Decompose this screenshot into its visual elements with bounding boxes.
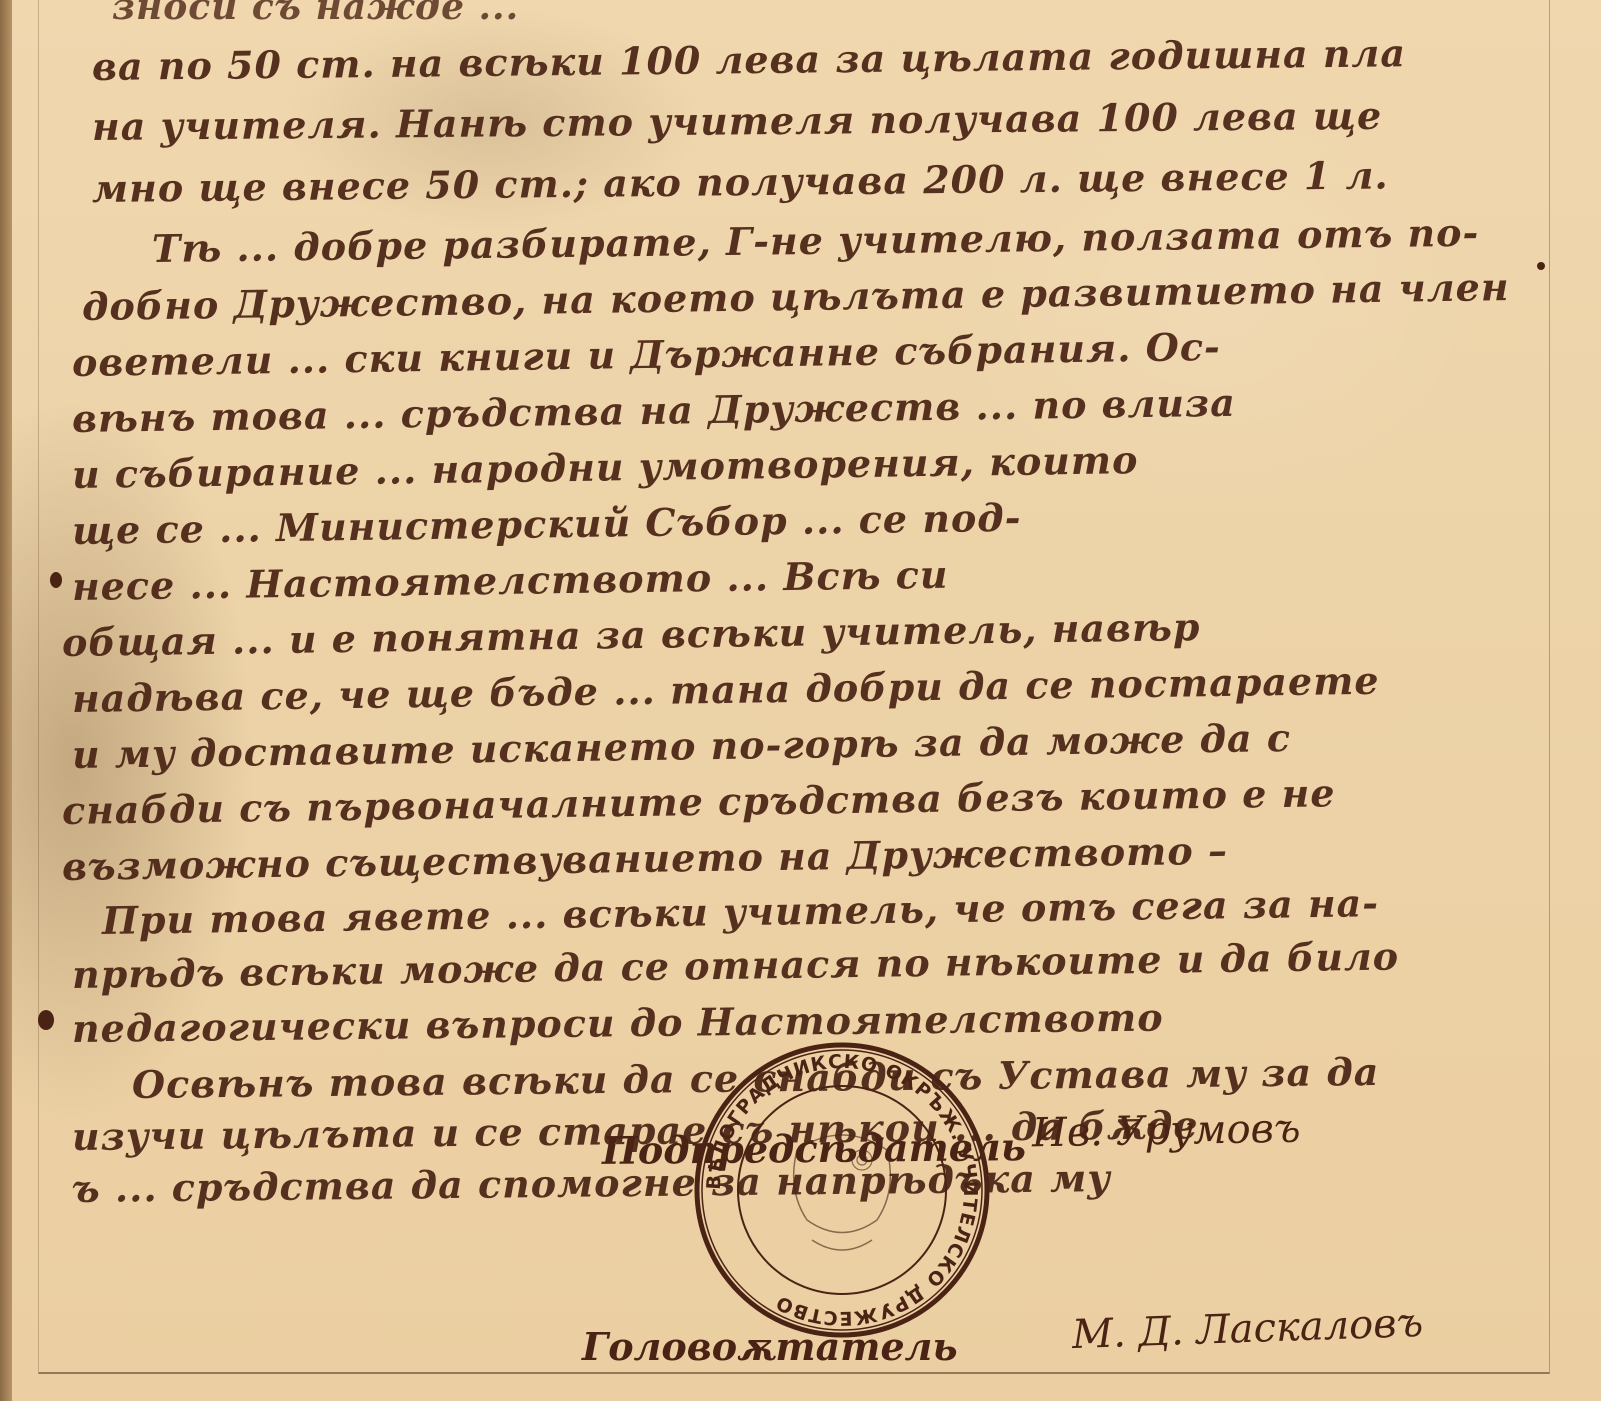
official-stamp: ВѢЛОГРАДЧИКСКО ОКРЪЖ. УЧИТЕЛСКО ДРУЖЕСТВ… [692,1040,992,1340]
letter-line: ва по 50 ст. на всѣки 100 лева за цѣлата… [92,30,1406,89]
photo-edge [0,0,12,1401]
letter-line: възможно съществуванието на Дружеството … [62,828,1229,889]
letter-line: общая ... и е понятна за всѣки учитель, … [62,604,1201,665]
document-page: зноси съ нажде ... ва по 50 ст. на всѣки… [12,0,1601,1401]
letter-line: ще се ... Министерский Събор ... се под- [72,495,1022,553]
letter-line: добно Дружество, на което цѣлъта е разви… [82,264,1510,329]
letter-line: вѣнъ това ... сръдства на Дружеств ... п… [72,380,1236,441]
letter-line: педагогически въпроси до Настоятелството [72,995,1164,1051]
letter-line: на учителя. Нанѣ сто учителя получава 10… [92,93,1383,149]
letter-line: прѣдъ всѣки може да се отнася по нѣкоите… [72,933,1400,997]
signatory-role: Подпредсѣдатель [602,1124,1026,1173]
letter-line: и му доставите искането по-горѣ за да мо… [72,715,1292,777]
letter-line: При това явете ... всѣки учитель, че отъ… [102,880,1380,943]
letter-line: мно ще внесе 50 ст.; ако получава 200 л.… [92,152,1389,211]
letter-line: оветели ... ски книги и Държанне събрани… [72,324,1221,385]
ink-blot [38,1010,54,1030]
letter-line: и събирание ... народни умотворения, кои… [72,437,1139,497]
letter-line: Тѣ ... добре разбирате, Г-не учителю, по… [152,210,1480,271]
ink-blot [50,572,62,588]
signature: Ив. Урумовъ [1032,1106,1301,1157]
letter-line: надѣва се, че ще бъде ... тана добри да … [72,658,1380,721]
letter-line: снабди съ първоначалните сръдства безъ к… [62,770,1336,833]
letter-line: зноси съ нажде ... [112,0,519,28]
svg-text:ВѢЛОГРАДЧИКСКО ОКРЪЖ. УЧИТЕЛСК: ВѢЛОГРАДЧИКСКО ОКРЪЖ. УЧИТЕЛСКО ДРУЖЕСТВ… [703,1051,981,1329]
signatory-role: Головоѫтатель [582,1324,958,1369]
stamp-text: ВѢЛОГРАДЧИКСКО ОКРЪЖ. УЧИТЕЛСКО ДРУЖЕСТВ… [703,1051,981,1329]
letter-line: несе ... Настоятелството ... Всѣ си [72,552,949,609]
ink-dot [1537,262,1545,270]
